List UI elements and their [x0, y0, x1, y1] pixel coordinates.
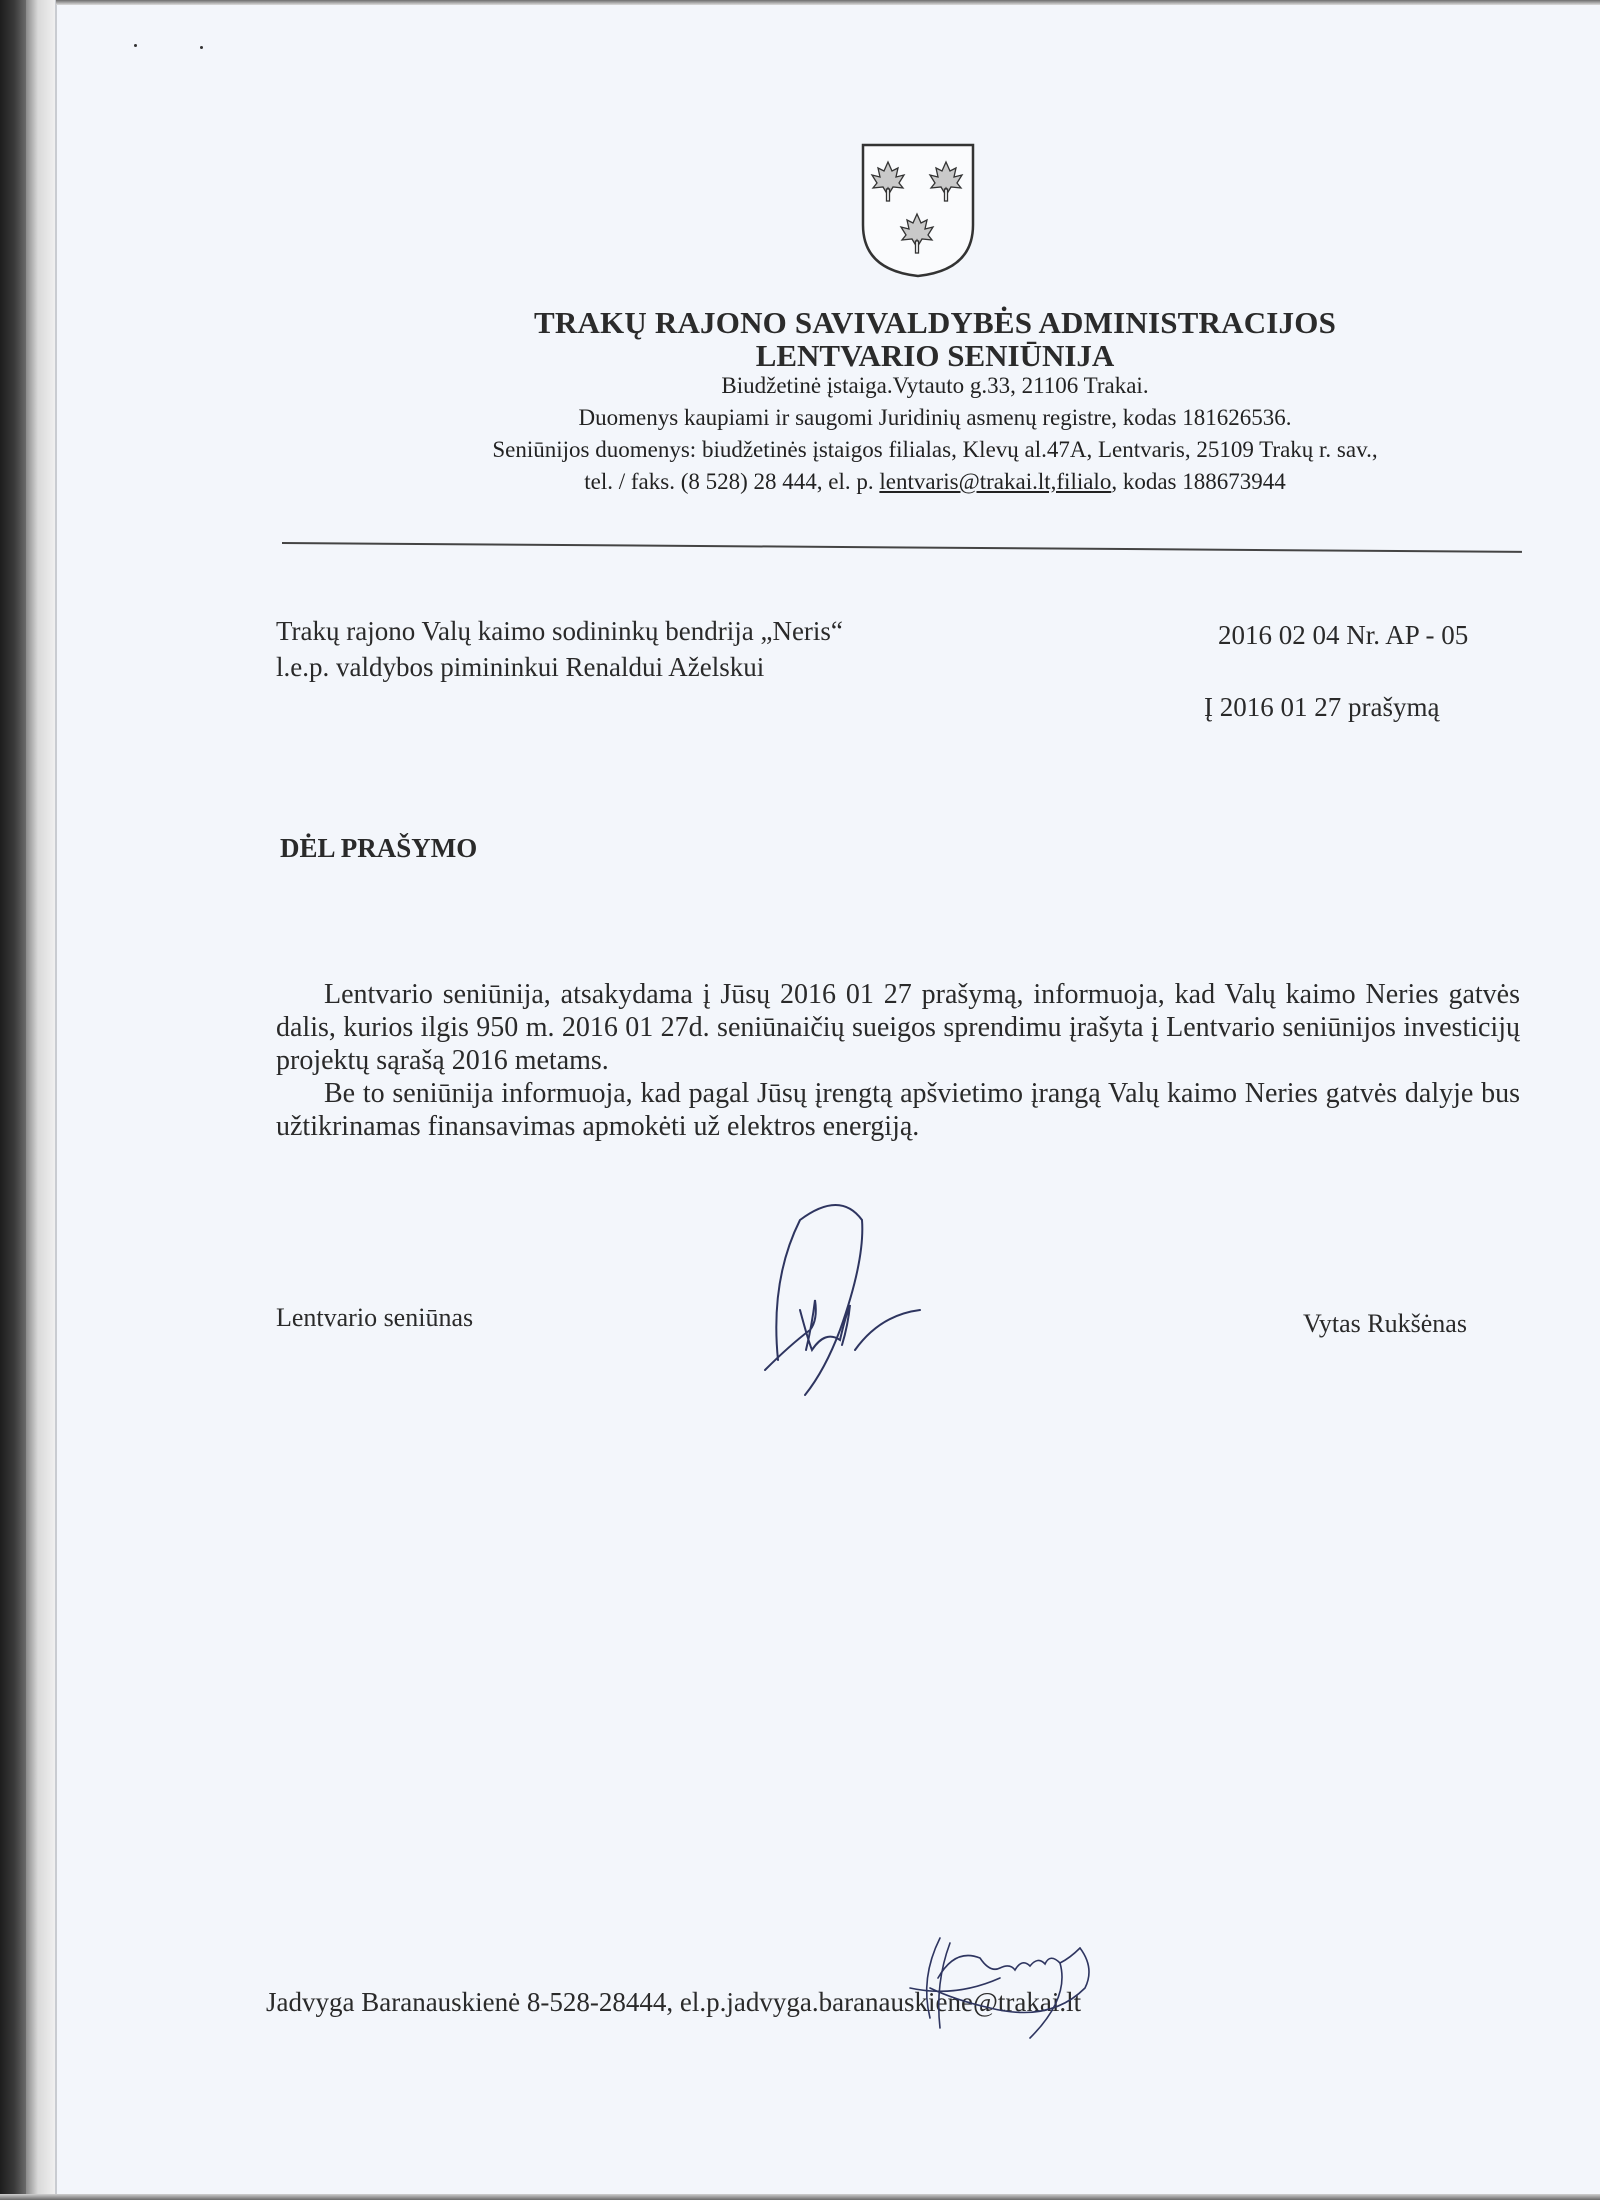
email-link[interactable]: lentvaris@trakai.lt,filialo [879, 469, 1111, 494]
letterhead-title: TRAKŲ RAJONO SAVIVALDYBĖS ADMINISTRACIJO… [200, 305, 1600, 341]
scan-edge-margin [26, 0, 56, 2200]
addressee-line-1: Trakų rajono Valų kaimo sodininkų bendri… [276, 616, 843, 647]
coat-of-arms-icon [858, 140, 978, 280]
scan-speck [200, 46, 203, 49]
scan-top-edge [56, 0, 1600, 5]
letterhead-contacts: tel. / faks. (8 528) 28 444, el. p. lent… [200, 469, 1600, 495]
page-edge [55, 0, 57, 2200]
letterhead-address: Biudžetinė įstaiga.Vytauto g.33, 21106 T… [200, 373, 1600, 399]
letter-body: Lentvario seniūnija, atsakydama į Jūsų 2… [276, 978, 1520, 1143]
scan-bottom-edge [0, 2194, 1600, 2200]
body-paragraph: Lentvario seniūnija, atsakydama į Jūsų 2… [276, 978, 1520, 1077]
body-paragraph: Be to seniūnija informuoja, kad pagal Jū… [276, 1077, 1520, 1143]
contacts-suffix: , kodas 188673944 [1111, 469, 1285, 494]
letterhead-registry: Duomenys kaupiami ir saugomi Juridinių a… [200, 405, 1600, 431]
document-number: 2016 02 04 Nr. AP - 05 [1218, 620, 1468, 651]
signatory-name: Vytas Rukšėnas [1303, 1309, 1467, 1339]
addressee-line-2: l.e.p. valdybos pimininkui Renaldui Ažel… [276, 652, 764, 683]
letterhead-divider [282, 542, 1522, 553]
contacts-prefix: tel. / faks. (8 528) 28 444, el. p. [584, 469, 879, 494]
scan-speck [134, 44, 137, 47]
subject-heading: DĖL PRAŠYMO [280, 833, 477, 864]
letterhead-subtitle: LENTVARIO SENIŪNIJA [200, 338, 1600, 374]
initials-signature-icon [560, 1928, 1120, 2048]
letterhead-branch: Seniūnijos duomenys: biudžetinės įstaigo… [200, 437, 1600, 463]
signature-icon [730, 1200, 1000, 1410]
signatory-role: Lentvario seniūnas [276, 1303, 473, 1333]
scan-edge-shadow [0, 0, 26, 2200]
reply-reference: Į 2016 01 27 prašymą [1204, 692, 1439, 723]
